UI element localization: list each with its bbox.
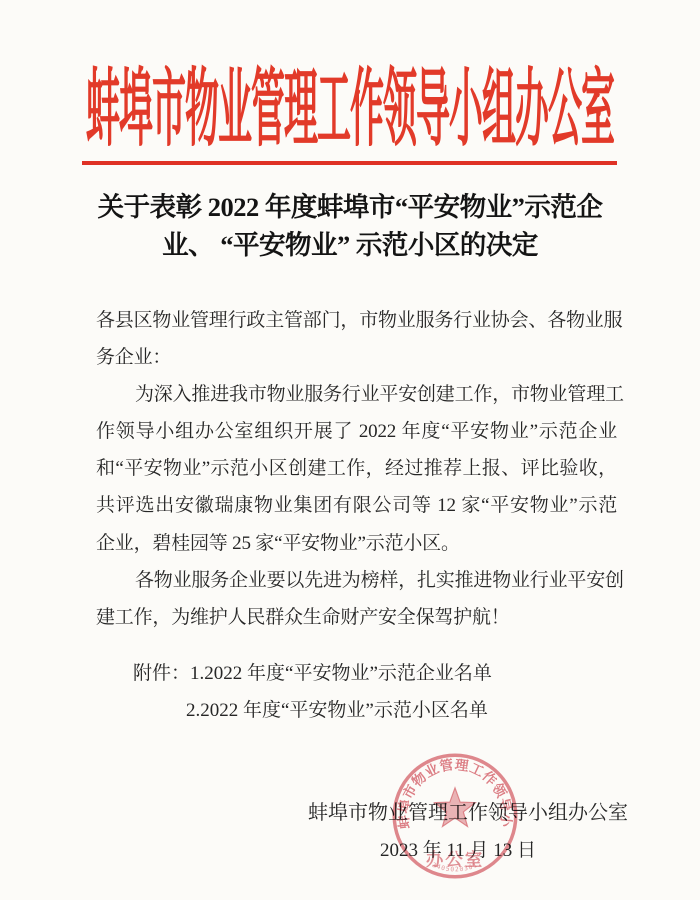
attachment-label: 附件：	[133, 663, 190, 684]
document-title-line: 业、 “平安物业” 示范小区的决定	[40, 226, 660, 264]
attachment-item: 附件：1.2022 年度“平安物业”示范企业名单	[133, 655, 613, 692]
masthead: 蚌埠市物业管理工作领导小组办公室	[0, 57, 700, 145]
document-body: 各县区物业管理行政主管部门，市物业服务行业协会、各物业服 务企业： 为深入推进我…	[96, 302, 617, 636]
attachment-item: 2.2022 年度“平安物业”示范小区名单	[133, 692, 613, 729]
body-line: 各物业服务企业要以先进为榜样，扎实推进物业行业平安创	[96, 562, 617, 599]
scanned-document-page: 蚌埠市物业管理工作领导小组办公室 关于表彰 2022 年度蚌埠市“平安物业”示范…	[0, 0, 700, 900]
body-line: 为深入推进我市物业服务行业平安创建工作，市物业管理工	[96, 376, 617, 413]
body-line: 和“平安物业”示范小区创建工作，经过推荐上报、评比验收，	[96, 450, 617, 487]
attachment-item-text: 1.2022 年度“平安物业”示范企业名单	[190, 663, 492, 684]
document-title-line: 关于表彰 2022 年度蚌埠市“平安物业”示范企	[40, 188, 660, 226]
red-divider	[82, 161, 617, 165]
body-line: 共评选出安徽瑞康物业集团有限公司等 12 家“平安物业”示范	[96, 487, 617, 524]
document-title: 关于表彰 2022 年度蚌埠市“平安物业”示范企 业、 “平安物业” 示范小区的…	[40, 188, 660, 264]
salutation-line: 务企业：	[96, 339, 617, 376]
body-line: 建工作，为维护人民群众生命财产安全保驾护航！	[96, 599, 617, 636]
attachment-item-text: 2.2022 年度“平安物业”示范小区名单	[186, 700, 488, 721]
signature-date: 2023 年 11 月 13 日	[308, 838, 608, 864]
body-line: 作领导小组办公室组织开展了 2022 年度“平安物业”示范企业	[96, 413, 617, 450]
masthead-office-name: 蚌埠市物业管理工作领导小组办公室	[86, 40, 614, 163]
body-line: 企业，碧桂园等 25 家“平安物业”示范小区。	[96, 525, 617, 562]
attachments: 附件：1.2022 年度“平安物业”示范企业名单 2.2022 年度“平安物业”…	[133, 655, 613, 730]
signature-office: 蚌埠市物业管理工作领导小组办公室	[308, 800, 608, 827]
salutation-line: 各县区物业管理行政主管部门，市物业服务行业协会、各物业服	[96, 302, 617, 339]
